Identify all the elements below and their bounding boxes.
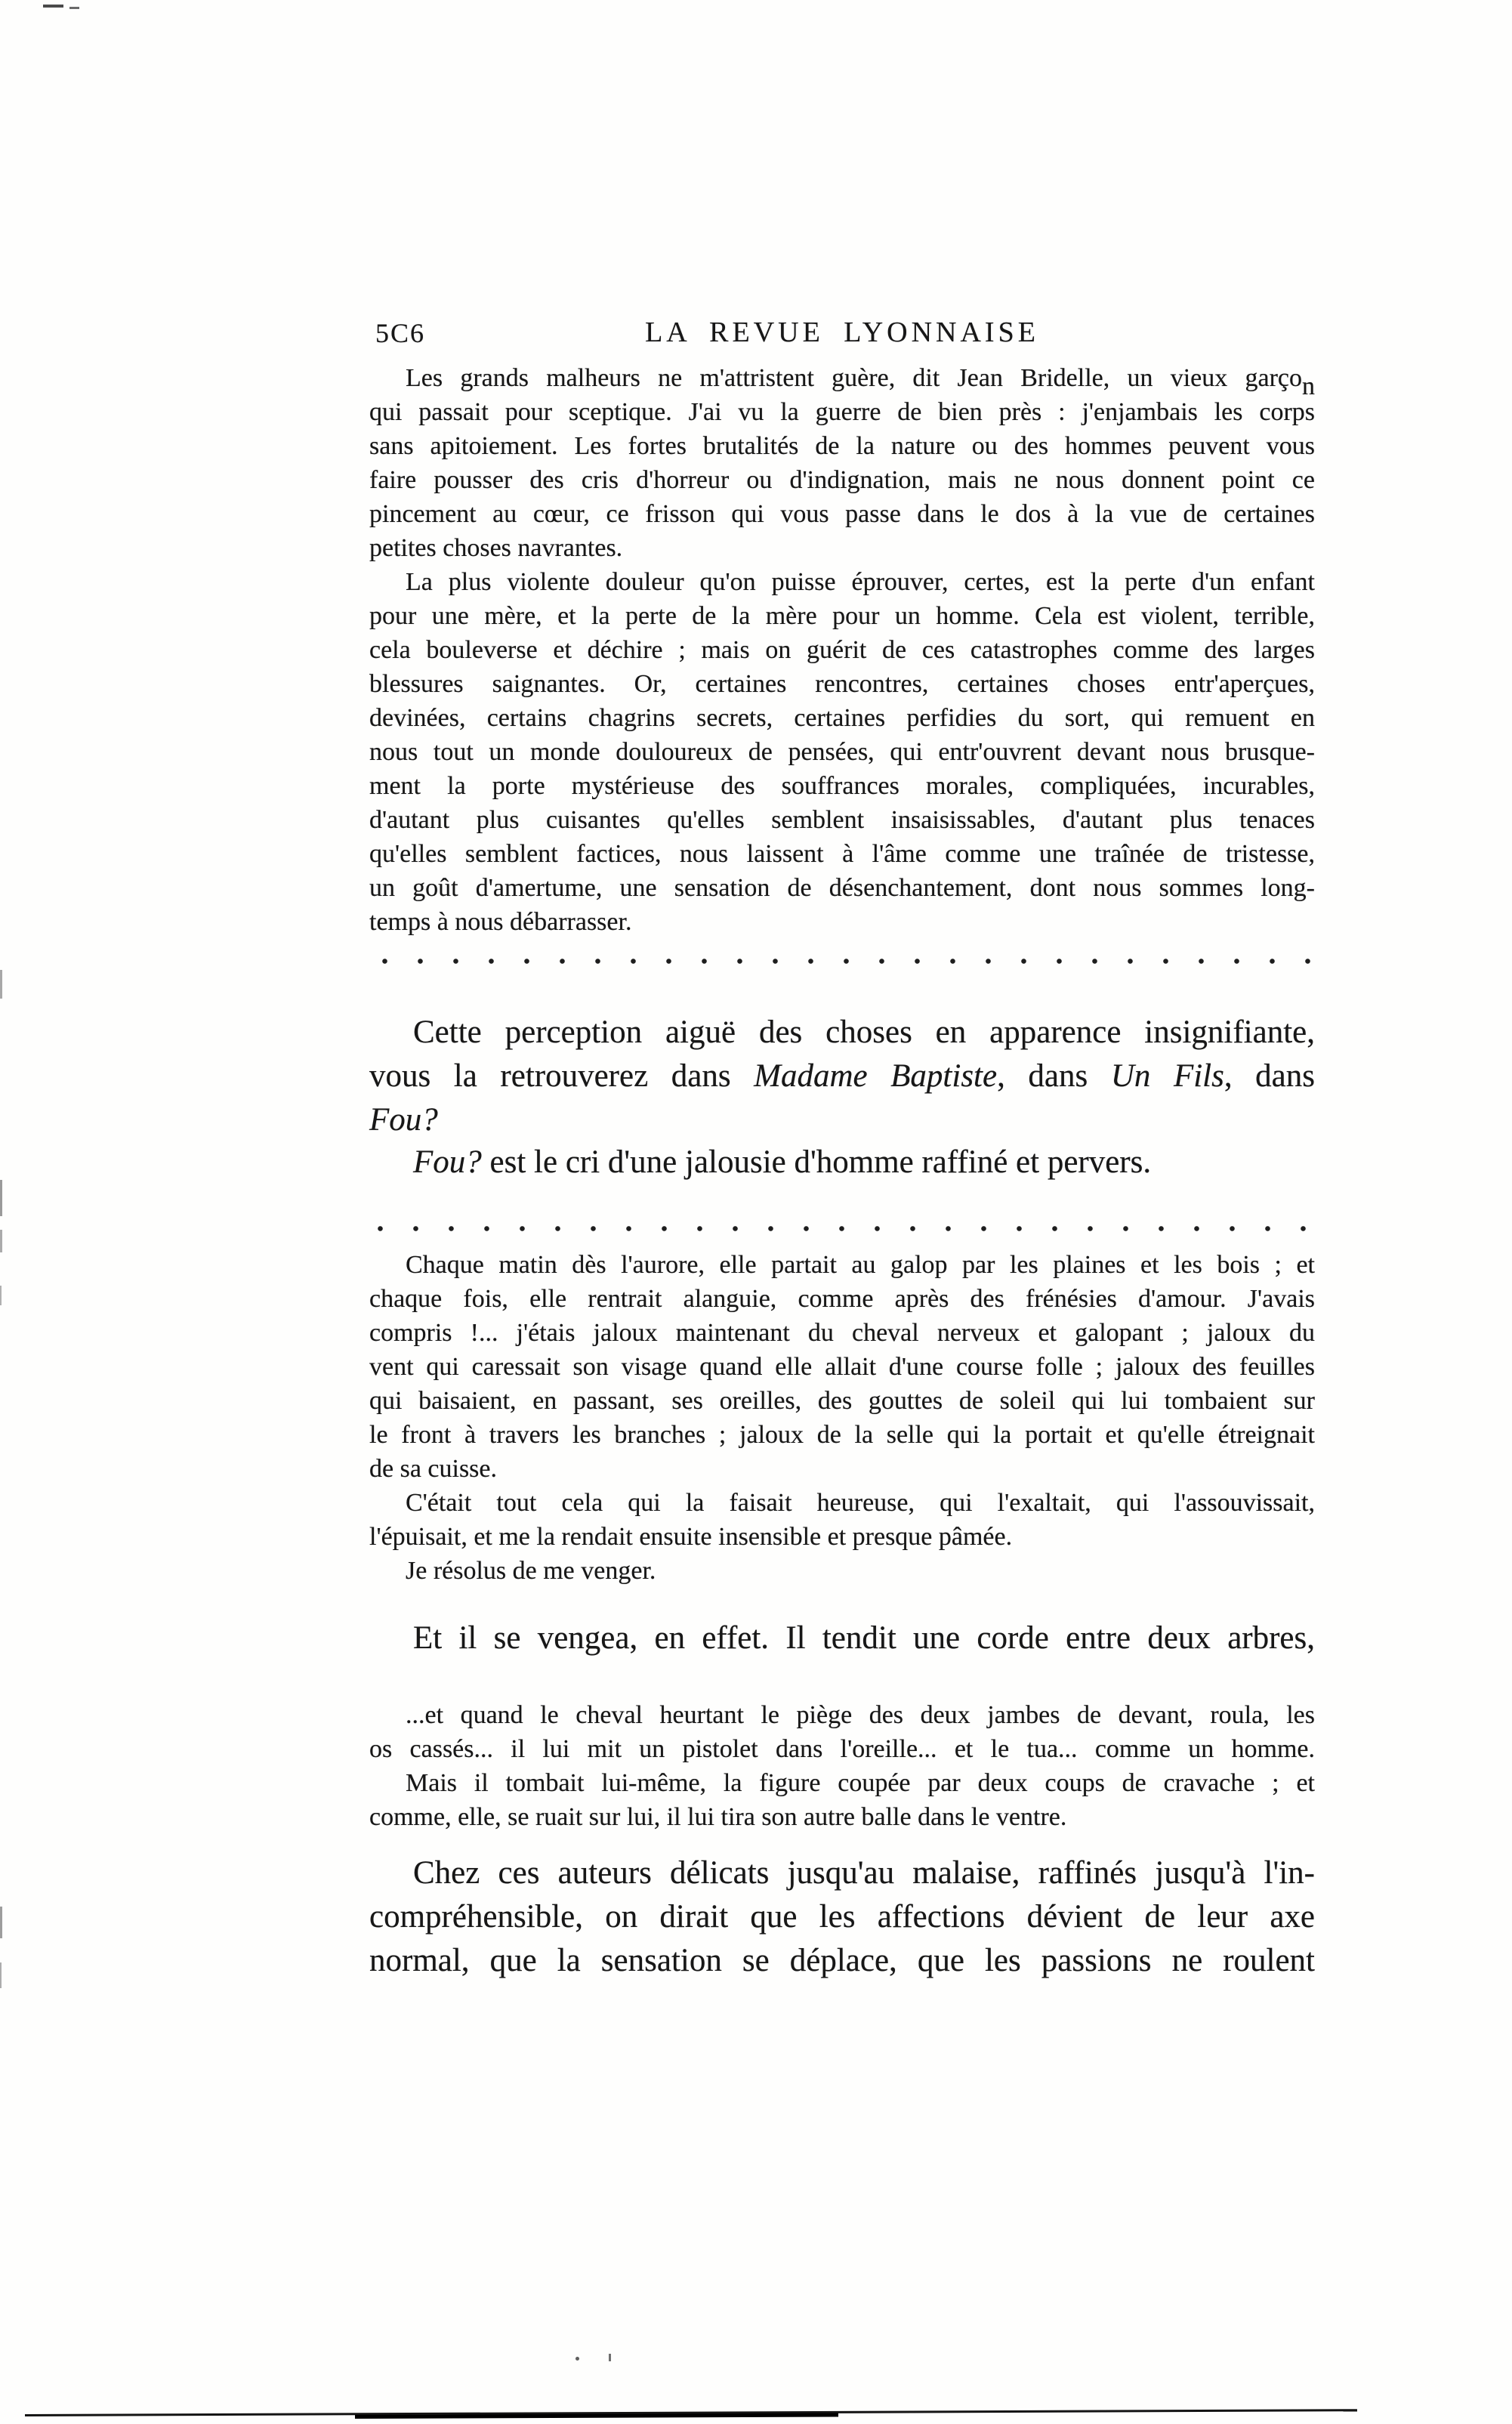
scan-artifact-margin-tick (0, 1230, 2, 1252)
scan-artifact-dash (69, 7, 79, 9)
commentary-vengeance-line: Et il se vengea, en effet. Il tendit une… (369, 1617, 1315, 1660)
dotted-separator-1 (381, 958, 1318, 965)
scan-artifact-margin-tick (0, 1907, 2, 1938)
page-bottom-edge-line-bold (355, 2413, 838, 2419)
scan-artifact-speck (609, 2354, 611, 2361)
scan-artifact-margin-tick (0, 1286, 2, 1305)
narrative-paragraph-2: La plus violente douleur qu'on puisse ép… (369, 565, 1315, 939)
running-header: 5C6 LA REVUE LYONNAISE (369, 316, 1315, 350)
journal-title: LA REVUE LYONNAISE (645, 316, 1039, 349)
scan-artifact-dash (43, 5, 63, 8)
quote-paragraph-vengeance: ...et quand le cheval heurtant le piège … (369, 1698, 1315, 1834)
scanned-book-page: 5C6 LA REVUE LYONNAISE Les grands malheu… (0, 0, 1512, 2424)
narrative-paragraph-1: Les grands malheurs ne m'attristent guèr… (369, 361, 1315, 565)
quote-paragraph-jalousie: Chaque matin dès l'aurore, elle partait … (369, 1248, 1315, 1588)
page-number: 5C6 (375, 317, 425, 349)
scan-artifact-margin-tick (0, 1180, 2, 1216)
dotted-separator-2 (377, 1225, 1315, 1232)
scan-artifact-speck (575, 2357, 579, 2361)
scan-artifact-margin-tick (0, 1962, 2, 1988)
commentary-paragraph-1: Cette perception aiguë des choses en app… (369, 1011, 1315, 1142)
commentary-fou-line: Fou? est le cri d'une jalousie d'homme r… (369, 1141, 1315, 1184)
scan-artifact-margin-tick (0, 970, 2, 999)
commentary-paragraph-closing: Chez ces auteurs délicats jusqu'au malai… (369, 1851, 1315, 1983)
